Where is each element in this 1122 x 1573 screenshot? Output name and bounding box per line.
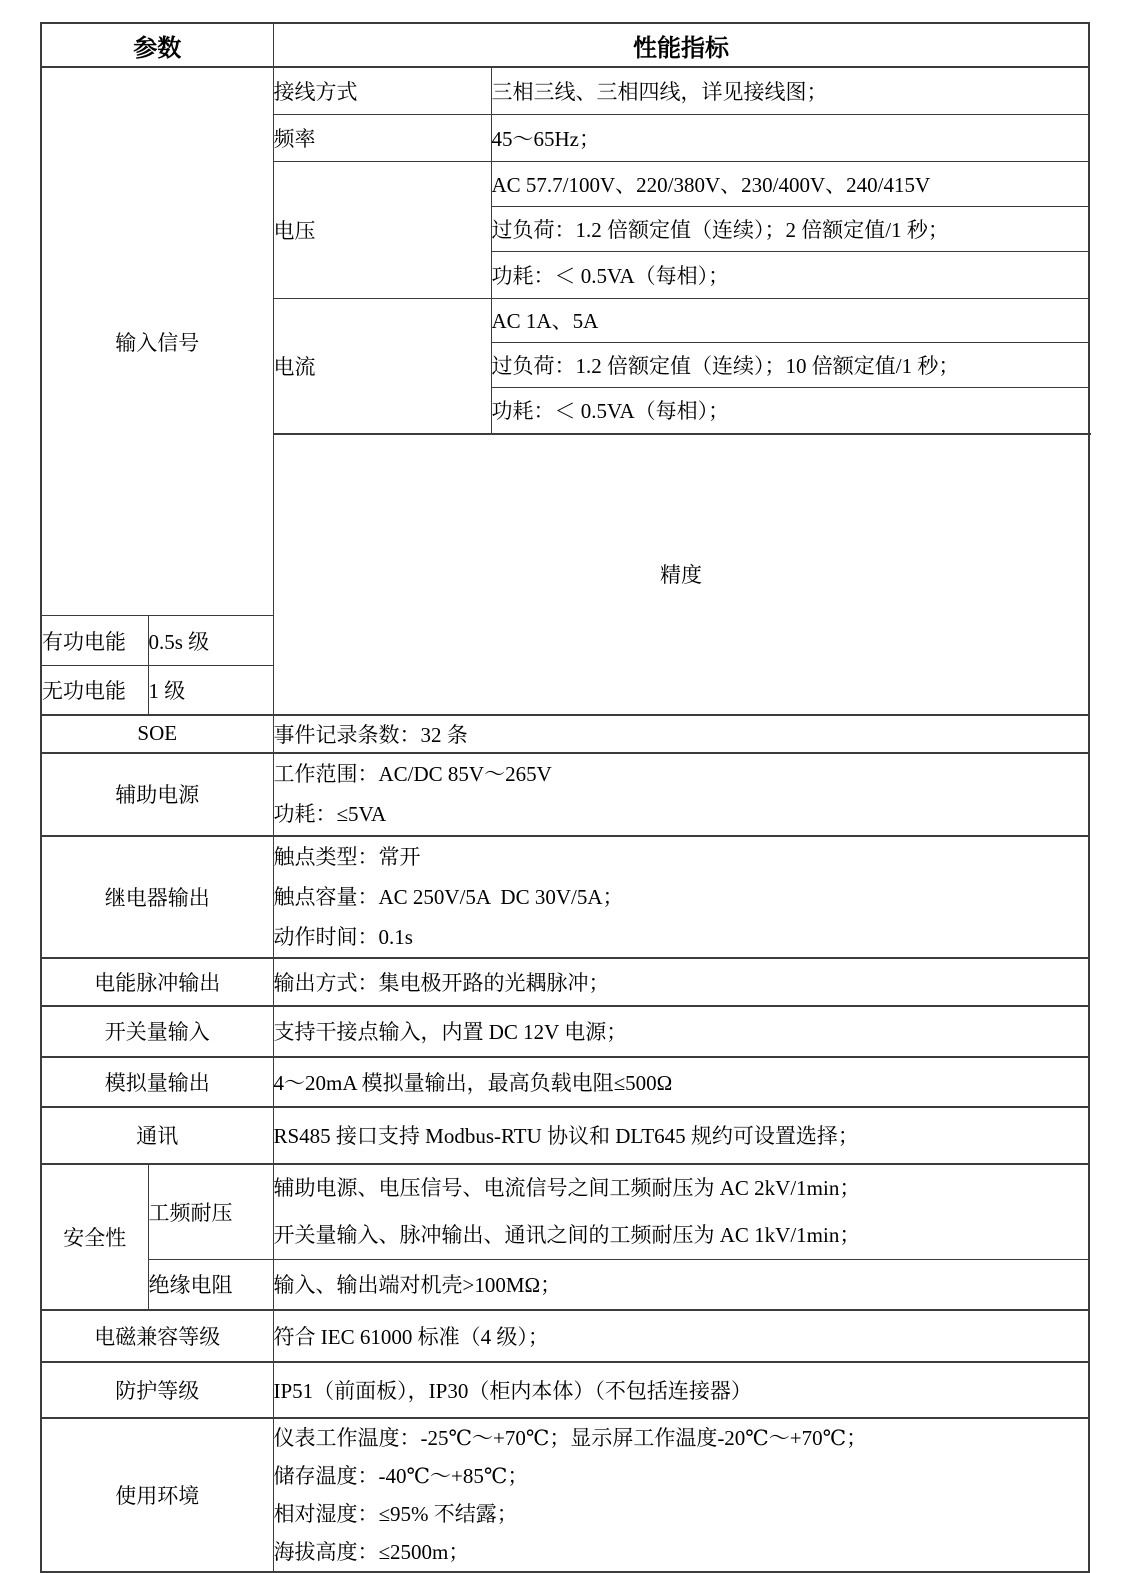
value-accuracy-reactive-energy: 1 级 [148,666,273,715]
param-emc: 电磁兼容等级 [41,1310,273,1362]
param-accuracy: 精度 [273,434,1089,715]
relay-line-contact-capacity: 触点容量：AC 250V/5A DC 30V/5A； [274,877,1089,917]
header-param: 参数 [41,23,273,67]
row-analog-output: 模拟量输出 4～20mA 模拟量输出，最高负载电阻≤500Ω [41,1057,1089,1107]
spec-table: 参数 性能指标 输入信号 接线方式 三相三线、三相四线，详见接线图； 频率 45… [40,22,1090,1573]
relay-line-contact-type: 触点类型：常开 [274,837,1089,877]
label-voltage: 电压 [273,161,491,298]
label-wiring: 接线方式 [273,67,491,114]
value-voltage-consumption: 功耗：＜ 0.5VA（每相）； [491,251,1089,298]
value-current-consumption: 功耗：＜ 0.5VA（每相）； [491,387,1089,434]
value-soe: 事件记录条数：32 条 [273,715,1089,753]
label-current: 电流 [273,298,491,434]
value-insulation-resistance: 输入、输出端对机壳>100MΩ； [273,1259,1089,1310]
label-accuracy-active-energy: 有功电能 [41,616,148,666]
param-safety: 安全性 [41,1164,148,1311]
header-spec: 性能指标 [273,23,1089,67]
aux-power-line-consumption: 功耗：≤5VA [274,794,1089,834]
param-digital-input: 开关量输入 [41,1006,273,1057]
header-row: 参数 性能指标 [41,23,1089,67]
row-soe: SOE 事件记录条数：32 条 [41,715,1089,753]
environment-line-altitude: 海拔高度：≤2500m； [274,1533,1089,1571]
param-input-signal: 输入信号 [41,67,273,616]
row-safety-insulation: 绝缘电阻 输入、输出端对机壳>100MΩ； [41,1259,1089,1310]
value-current-overload: 过负荷：1.2 倍额定值（连续）；10 倍额定值/1 秒； [491,342,1089,387]
value-relay-output: 触点类型：常开 触点容量：AC 250V/5A DC 30V/5A； 动作时间：… [273,836,1089,958]
value-emc: 符合 IEC 61000 标准（4 级）； [273,1310,1089,1362]
param-environment: 使用环境 [41,1418,273,1572]
value-current-range: AC 1A、5A [491,298,1089,342]
param-communication: 通讯 [41,1107,273,1164]
param-pulse-output: 电能脉冲输出 [41,958,273,1006]
row-pulse-output: 电能脉冲输出 输出方式：集电极开路的光耦脉冲； [41,958,1089,1006]
withstand-line-2: 开关量输入、脉冲输出、通讯之间的工频耐压为 AC 1kV/1min； [274,1212,1089,1259]
row-protection: 防护等级 IP51（前面板），IP30（柜内本体）（不包括连接器） [41,1362,1089,1418]
value-protection: IP51（前面板），IP30（柜内本体）（不包括连接器） [273,1362,1089,1418]
withstand-line-1: 辅助电源、电压信号、电流信号之间工频耐压为 AC 2kV/1min； [274,1165,1089,1212]
value-pulse-output: 输出方式：集电极开路的光耦脉冲； [273,958,1089,1006]
value-frequency: 45～65Hz； [491,114,1089,161]
row-aux-power: 辅助电源 工作范围：AC/DC 85V～265V 功耗：≤5VA [41,753,1089,836]
environment-line-operating-temp: 仪表工作温度：-25℃～+70℃；显示屏工作温度-20℃～+70℃； [274,1419,1089,1457]
value-environment: 仪表工作温度：-25℃～+70℃；显示屏工作温度-20℃～+70℃； 储存温度：… [273,1418,1089,1572]
param-aux-power: 辅助电源 [41,753,273,836]
param-relay-output: 继电器输出 [41,836,273,958]
row-safety-withstand: 安全性 工频耐压 辅助电源、电压信号、电流信号之间工频耐压为 AC 2kV/1m… [41,1164,1089,1260]
param-soe: SOE [41,715,273,753]
spec-document-page: 参数 性能指标 输入信号 接线方式 三相三线、三相四线，详见接线图； 频率 45… [0,0,1122,1458]
environment-line-storage-temp: 储存温度：-40℃～+85℃； [274,1457,1089,1495]
label-insulation-resistance: 绝缘电阻 [148,1259,273,1310]
row-emc: 电磁兼容等级 符合 IEC 61000 标准（4 级）； [41,1310,1089,1362]
param-protection: 防护等级 [41,1362,273,1418]
value-aux-power: 工作范围：AC/DC 85V～265V 功耗：≤5VA [273,753,1089,836]
aux-power-line-range: 工作范围：AC/DC 85V～265V [274,754,1089,794]
row-wiring: 输入信号 接线方式 三相三线、三相四线，详见接线图； [41,67,1089,114]
relay-line-action-time: 动作时间：0.1s [274,917,1089,957]
row-communication: 通讯 RS485 接口支持 Modbus-RTU 协议和 DLT645 规约可设… [41,1107,1089,1164]
param-analog-output: 模拟量输出 [41,1057,273,1107]
value-voltage-range: AC 57.7/100V、220/380V、230/400V、240/415V [491,161,1089,206]
value-voltage-overload: 过负荷：1.2 倍额定值（连续）；2 倍额定值/1 秒； [491,206,1089,251]
value-wiring: 三相三线、三相四线，详见接线图； [491,67,1089,114]
label-accuracy-reactive-energy: 无功电能 [41,666,148,715]
value-communication: RS485 接口支持 Modbus-RTU 协议和 DLT645 规约可设置选择… [273,1107,1089,1164]
label-frequency: 频率 [273,114,491,161]
value-withstand-voltage: 辅助电源、电压信号、电流信号之间工频耐压为 AC 2kV/1min； 开关量输入… [273,1164,1089,1260]
value-accuracy-active-energy: 0.5s 级 [148,616,273,666]
environment-line-humidity: 相对湿度：≤95% 不结露； [274,1495,1089,1533]
row-digital-input: 开关量输入 支持干接点输入，内置 DC 12V 电源； [41,1006,1089,1057]
value-digital-input: 支持干接点输入，内置 DC 12V 电源； [273,1006,1089,1057]
row-environment: 使用环境 仪表工作温度：-25℃～+70℃；显示屏工作温度-20℃～+70℃； … [41,1418,1089,1572]
label-withstand-voltage: 工频耐压 [148,1164,273,1260]
row-relay-output: 继电器输出 触点类型：常开 触点容量：AC 250V/5A DC 30V/5A；… [41,836,1089,958]
value-analog-output: 4～20mA 模拟量输出，最高负载电阻≤500Ω [273,1057,1089,1107]
